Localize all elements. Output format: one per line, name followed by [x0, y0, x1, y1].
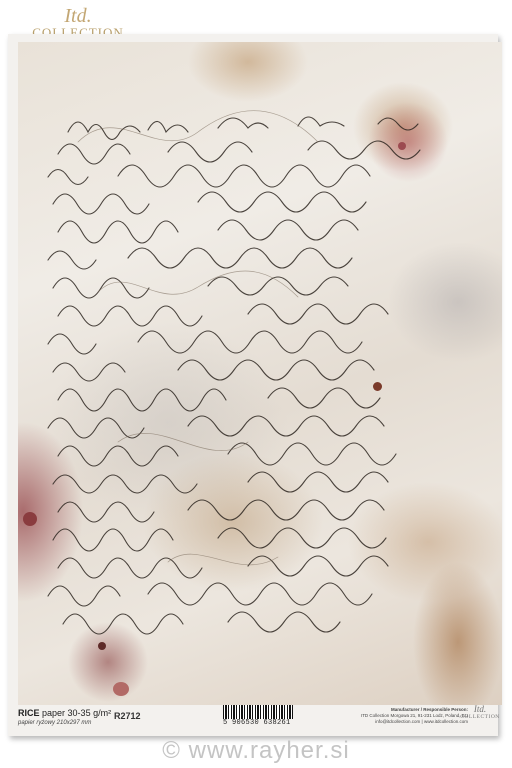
- watermark: © www.rayher.si: [0, 737, 512, 765]
- barcode: 5 906530 638261: [223, 705, 293, 727]
- logo-script: Itd.: [18, 6, 138, 26]
- logo-small-script: Itd.: [458, 705, 502, 714]
- paper-type: RICE paper 30-35 g/m² papier ryżowy 210x…: [18, 708, 111, 728]
- manufacturer-info: Manufacturer / Responsible Person: ITD C…: [318, 707, 468, 725]
- handwriting-lines: [18, 42, 502, 705]
- brand-logo-small: Itd. COLLECTION: [458, 705, 502, 720]
- ink-splatter: [113, 682, 129, 696]
- logo-small-wordmark: COLLECTION: [458, 714, 502, 720]
- paper-subtitle: papier ryżowy 210x297 mm: [18, 718, 111, 728]
- manufacturer-contact: info@itdcollection.com | www.itdcollecti…: [318, 719, 468, 725]
- barcode-number: 5 906530 638261: [223, 719, 293, 727]
- ink-splatter: [398, 142, 406, 150]
- sheet-footer: RICE paper 30-35 g/m² papier ryżowy 210x…: [18, 705, 502, 736]
- ink-splatter: [23, 512, 37, 526]
- rice-paper-sheet: RICE paper 30-35 g/m² papier ryżowy 210x…: [8, 34, 498, 736]
- paper-type-desc: paper 30-35 g/m²: [42, 708, 111, 718]
- product-code: R2712: [114, 711, 141, 721]
- ink-splatter: [373, 382, 382, 391]
- paper-type-label: RICE: [18, 708, 40, 718]
- barcode-bars: [223, 705, 293, 719]
- artwork-vintage-script: [18, 42, 502, 705]
- ink-splatter: [98, 642, 106, 650]
